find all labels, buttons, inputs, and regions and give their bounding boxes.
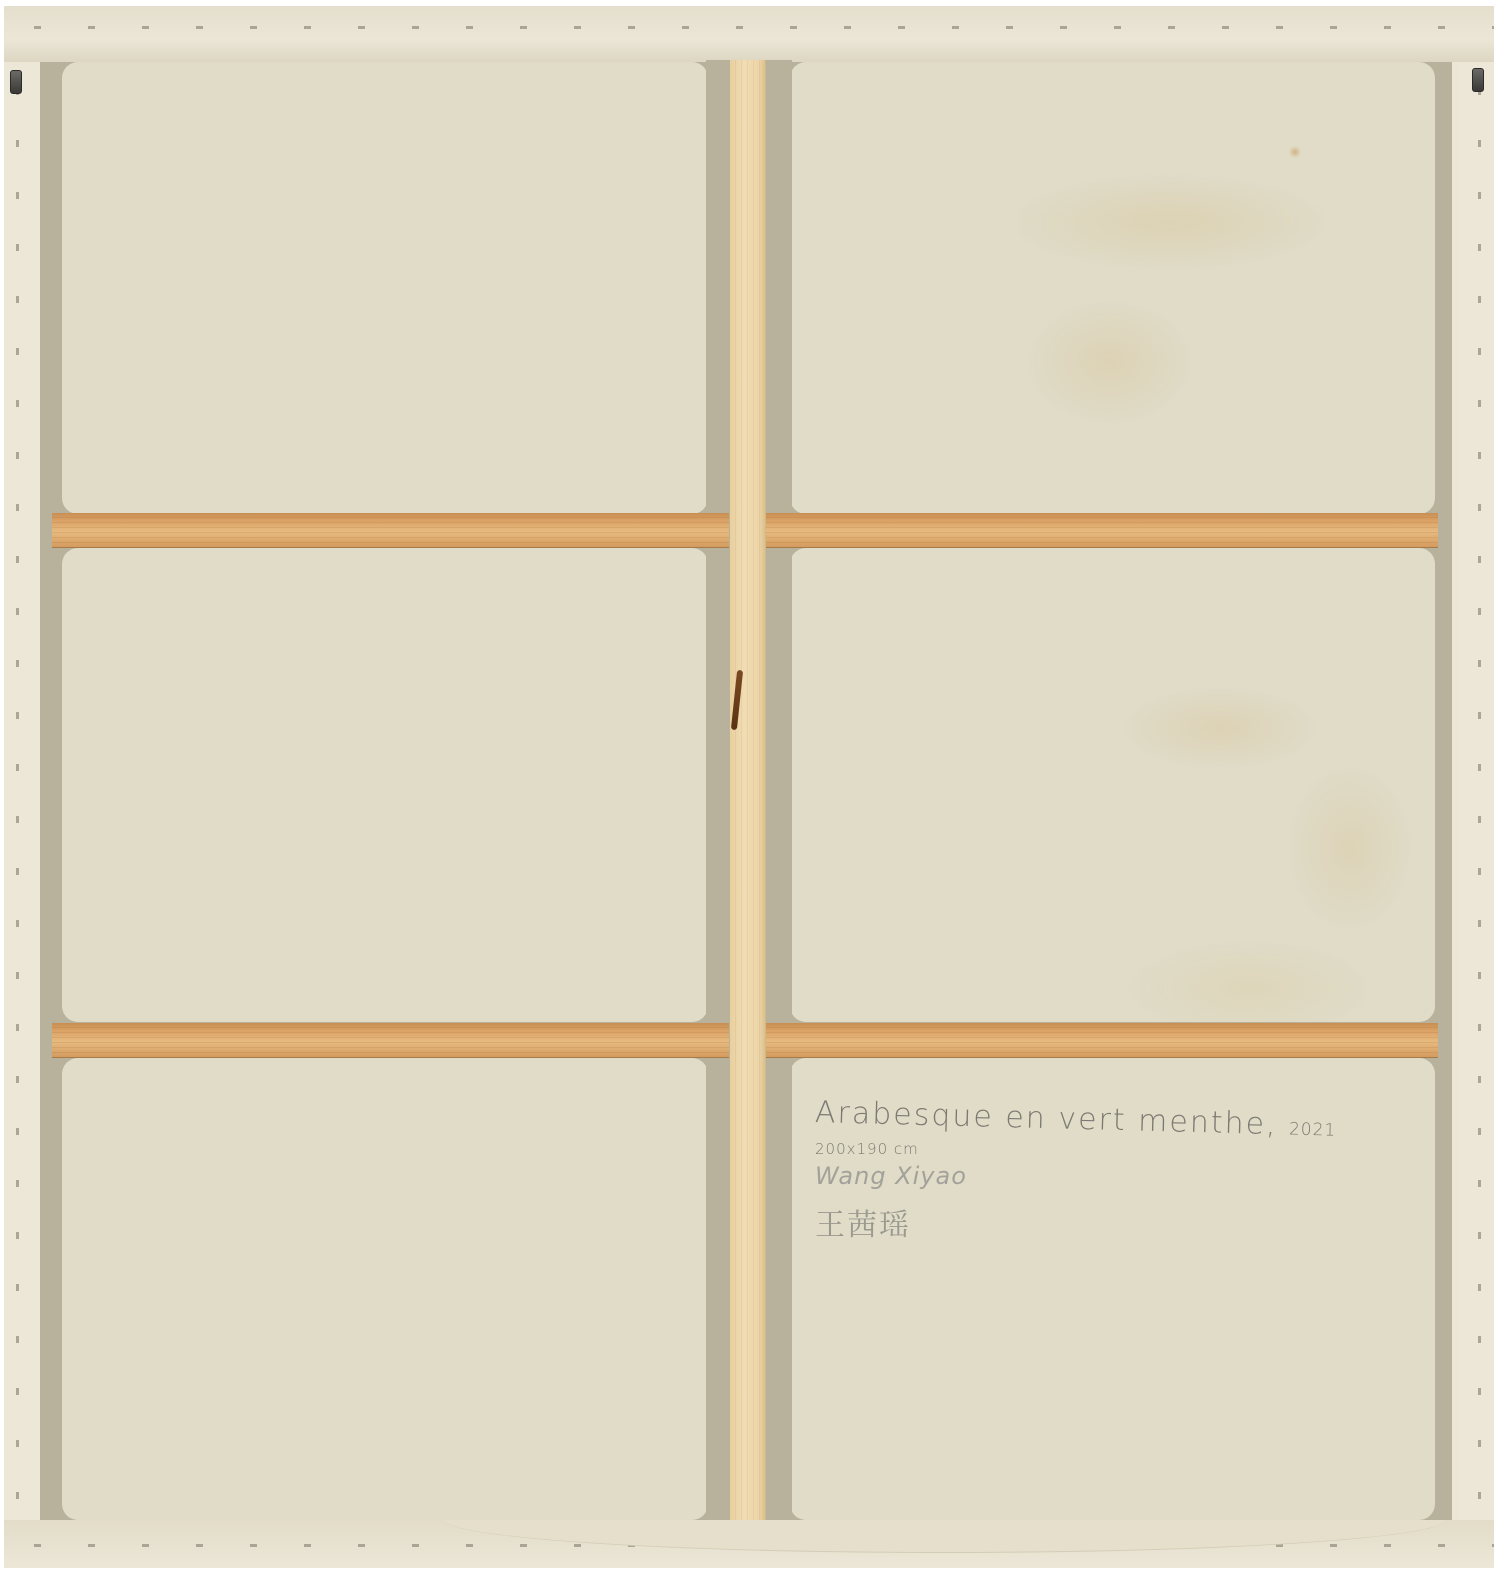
canvas-panel-bottom-left [62, 1058, 708, 1520]
inscription-title-line: Arabesque en vert menthe, 2021 [815, 1095, 1337, 1144]
horizontal-brace-lower-right [766, 1023, 1438, 1057]
vertical-center-brace [730, 60, 766, 1530]
pencil-inscription: Arabesque en vert menthe, 2021 200x190 c… [815, 1095, 1337, 1244]
canvas-panel-middle-left [62, 548, 708, 1022]
brace-shadow-left [706, 60, 732, 1530]
horizontal-brace-lower-left [52, 1023, 729, 1057]
photo-stage: Arabesque en vert menthe, 2021 200x190 c… [0, 0, 1500, 1573]
horizontal-brace-upper-left [52, 513, 729, 547]
artist-signature-chinese: 王茜瑶 [815, 1200, 1337, 1244]
canvas-left-side [4, 62, 40, 1520]
staple-column-right [1478, 62, 1481, 1520]
hanger-right-icon [1472, 68, 1484, 92]
artist-signature: Wang Xiyao [815, 1162, 1337, 1190]
brace-shadow-right [766, 60, 792, 1530]
artwork-title: Arabesque en vert menthe, [815, 1095, 1278, 1142]
canvas-top-fold [4, 6, 1494, 62]
artwork-dimensions: 200x190 cm [815, 1140, 1337, 1158]
canvas-right-side [1458, 62, 1494, 1520]
staple-column-left [16, 62, 19, 1520]
staple-row-top [4, 26, 1494, 29]
canvas-panel-top-right [790, 62, 1435, 514]
canvas-panel-middle-right [790, 548, 1435, 1022]
artwork-year: 2021 [1289, 1119, 1337, 1140]
horizontal-brace-upper-right [766, 513, 1438, 547]
hanger-left-icon [10, 70, 22, 94]
canvas-panel-top-left [62, 62, 708, 514]
